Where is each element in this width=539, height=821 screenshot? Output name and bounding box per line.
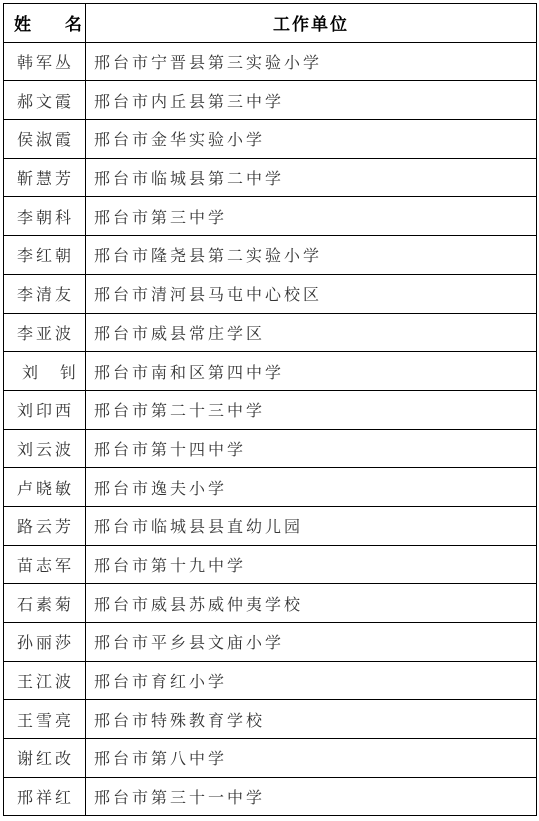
table-row: 李亚波邢台市威县常庄学区	[4, 313, 537, 352]
person-name: 孙丽莎	[4, 623, 86, 662]
header-row: 姓 名 工作单位	[4, 4, 537, 43]
table-row: 侯淑霞邢台市金华实验小学	[4, 120, 537, 159]
work-unit: 邢台市第三十一中学	[86, 777, 537, 816]
work-unit: 邢台市平乡县文庙小学	[86, 623, 537, 662]
work-unit: 邢台市第八中学	[86, 739, 537, 778]
work-unit: 邢台市第十九中学	[86, 545, 537, 584]
table-row: 刘钊邢台市南和区第四中学	[4, 352, 537, 391]
person-name: 李朝科	[4, 197, 86, 236]
table-row: 孙丽莎邢台市平乡县文庙小学	[4, 623, 537, 662]
person-name: 邢祥红	[4, 777, 86, 816]
person-name: 刘印西	[4, 390, 86, 429]
work-unit: 邢台市威县苏威仲夷学校	[86, 584, 537, 623]
work-unit: 邢台市第三中学	[86, 197, 537, 236]
header-work-unit: 工作单位	[86, 4, 537, 43]
work-unit: 邢台市逸夫小学	[86, 468, 537, 507]
person-name: 石素菊	[4, 584, 86, 623]
work-unit: 邢台市南和区第四中学	[86, 352, 537, 391]
work-unit: 邢台市第二十三中学	[86, 390, 537, 429]
person-name: 李红朝	[4, 236, 86, 275]
work-unit: 邢台市临城县县直幼儿园	[86, 506, 537, 545]
work-unit: 邢台市特殊教育学校	[86, 700, 537, 739]
person-name: 韩军丛	[4, 42, 86, 81]
person-name: 谢红改	[4, 739, 86, 778]
table-row: 谢红改邢台市第八中学	[4, 739, 537, 778]
person-name: 李亚波	[4, 313, 86, 352]
table-row: 李朝科邢台市第三中学	[4, 197, 537, 236]
table-row: 卢晓敏邢台市逸夫小学	[4, 468, 537, 507]
table-row: 李红朝邢台市隆尧县第二实验小学	[4, 236, 537, 275]
work-unit: 邢台市清河县马屯中心校区	[86, 274, 537, 313]
person-name: 侯淑霞	[4, 120, 86, 159]
roster-table: 姓 名 工作单位 韩军丛邢台市宁晋县第三实验小学 郝文霞邢台市内丘县第三中学 侯…	[3, 3, 537, 816]
table-row: 苗志军邢台市第十九中学	[4, 545, 537, 584]
person-name: 刘钊	[4, 352, 86, 391]
work-unit: 邢台市金华实验小学	[86, 120, 537, 159]
table-row: 韩军丛邢台市宁晋县第三实验小学	[4, 42, 537, 81]
person-name: 郝文霞	[4, 81, 86, 120]
table-row: 路云芳邢台市临城县县直幼儿园	[4, 506, 537, 545]
table-row: 郝文霞邢台市内丘县第三中学	[4, 81, 537, 120]
work-unit: 邢台市隆尧县第二实验小学	[86, 236, 537, 275]
table-row: 石素菊邢台市威县苏威仲夷学校	[4, 584, 537, 623]
person-name: 王雪亮	[4, 700, 86, 739]
table-row: 李清友邢台市清河县马屯中心校区	[4, 274, 537, 313]
work-unit: 邢台市内丘县第三中学	[86, 81, 537, 120]
table-row: 王雪亮邢台市特殊教育学校	[4, 700, 537, 739]
person-name: 李清友	[4, 274, 86, 313]
work-unit: 邢台市第十四中学	[86, 429, 537, 468]
table-row: 刘印西邢台市第二十三中学	[4, 390, 537, 429]
person-name: 靳慧芳	[4, 158, 86, 197]
work-unit: 邢台市育红小学	[86, 661, 537, 700]
work-unit: 邢台市宁晋县第三实验小学	[86, 42, 537, 81]
table-row: 刘云波邢台市第十四中学	[4, 429, 537, 468]
work-unit: 邢台市威县常庄学区	[86, 313, 537, 352]
work-unit: 邢台市临城县第二中学	[86, 158, 537, 197]
table-row: 王江波邢台市育红小学	[4, 661, 537, 700]
header-name: 姓 名	[4, 4, 86, 43]
table-row: 靳慧芳邢台市临城县第二中学	[4, 158, 537, 197]
table-row: 邢祥红邢台市第三十一中学	[4, 777, 537, 816]
person-name: 路云芳	[4, 506, 86, 545]
person-name: 卢晓敏	[4, 468, 86, 507]
person-name: 刘云波	[4, 429, 86, 468]
person-name: 王江波	[4, 661, 86, 700]
person-name: 苗志军	[4, 545, 86, 584]
